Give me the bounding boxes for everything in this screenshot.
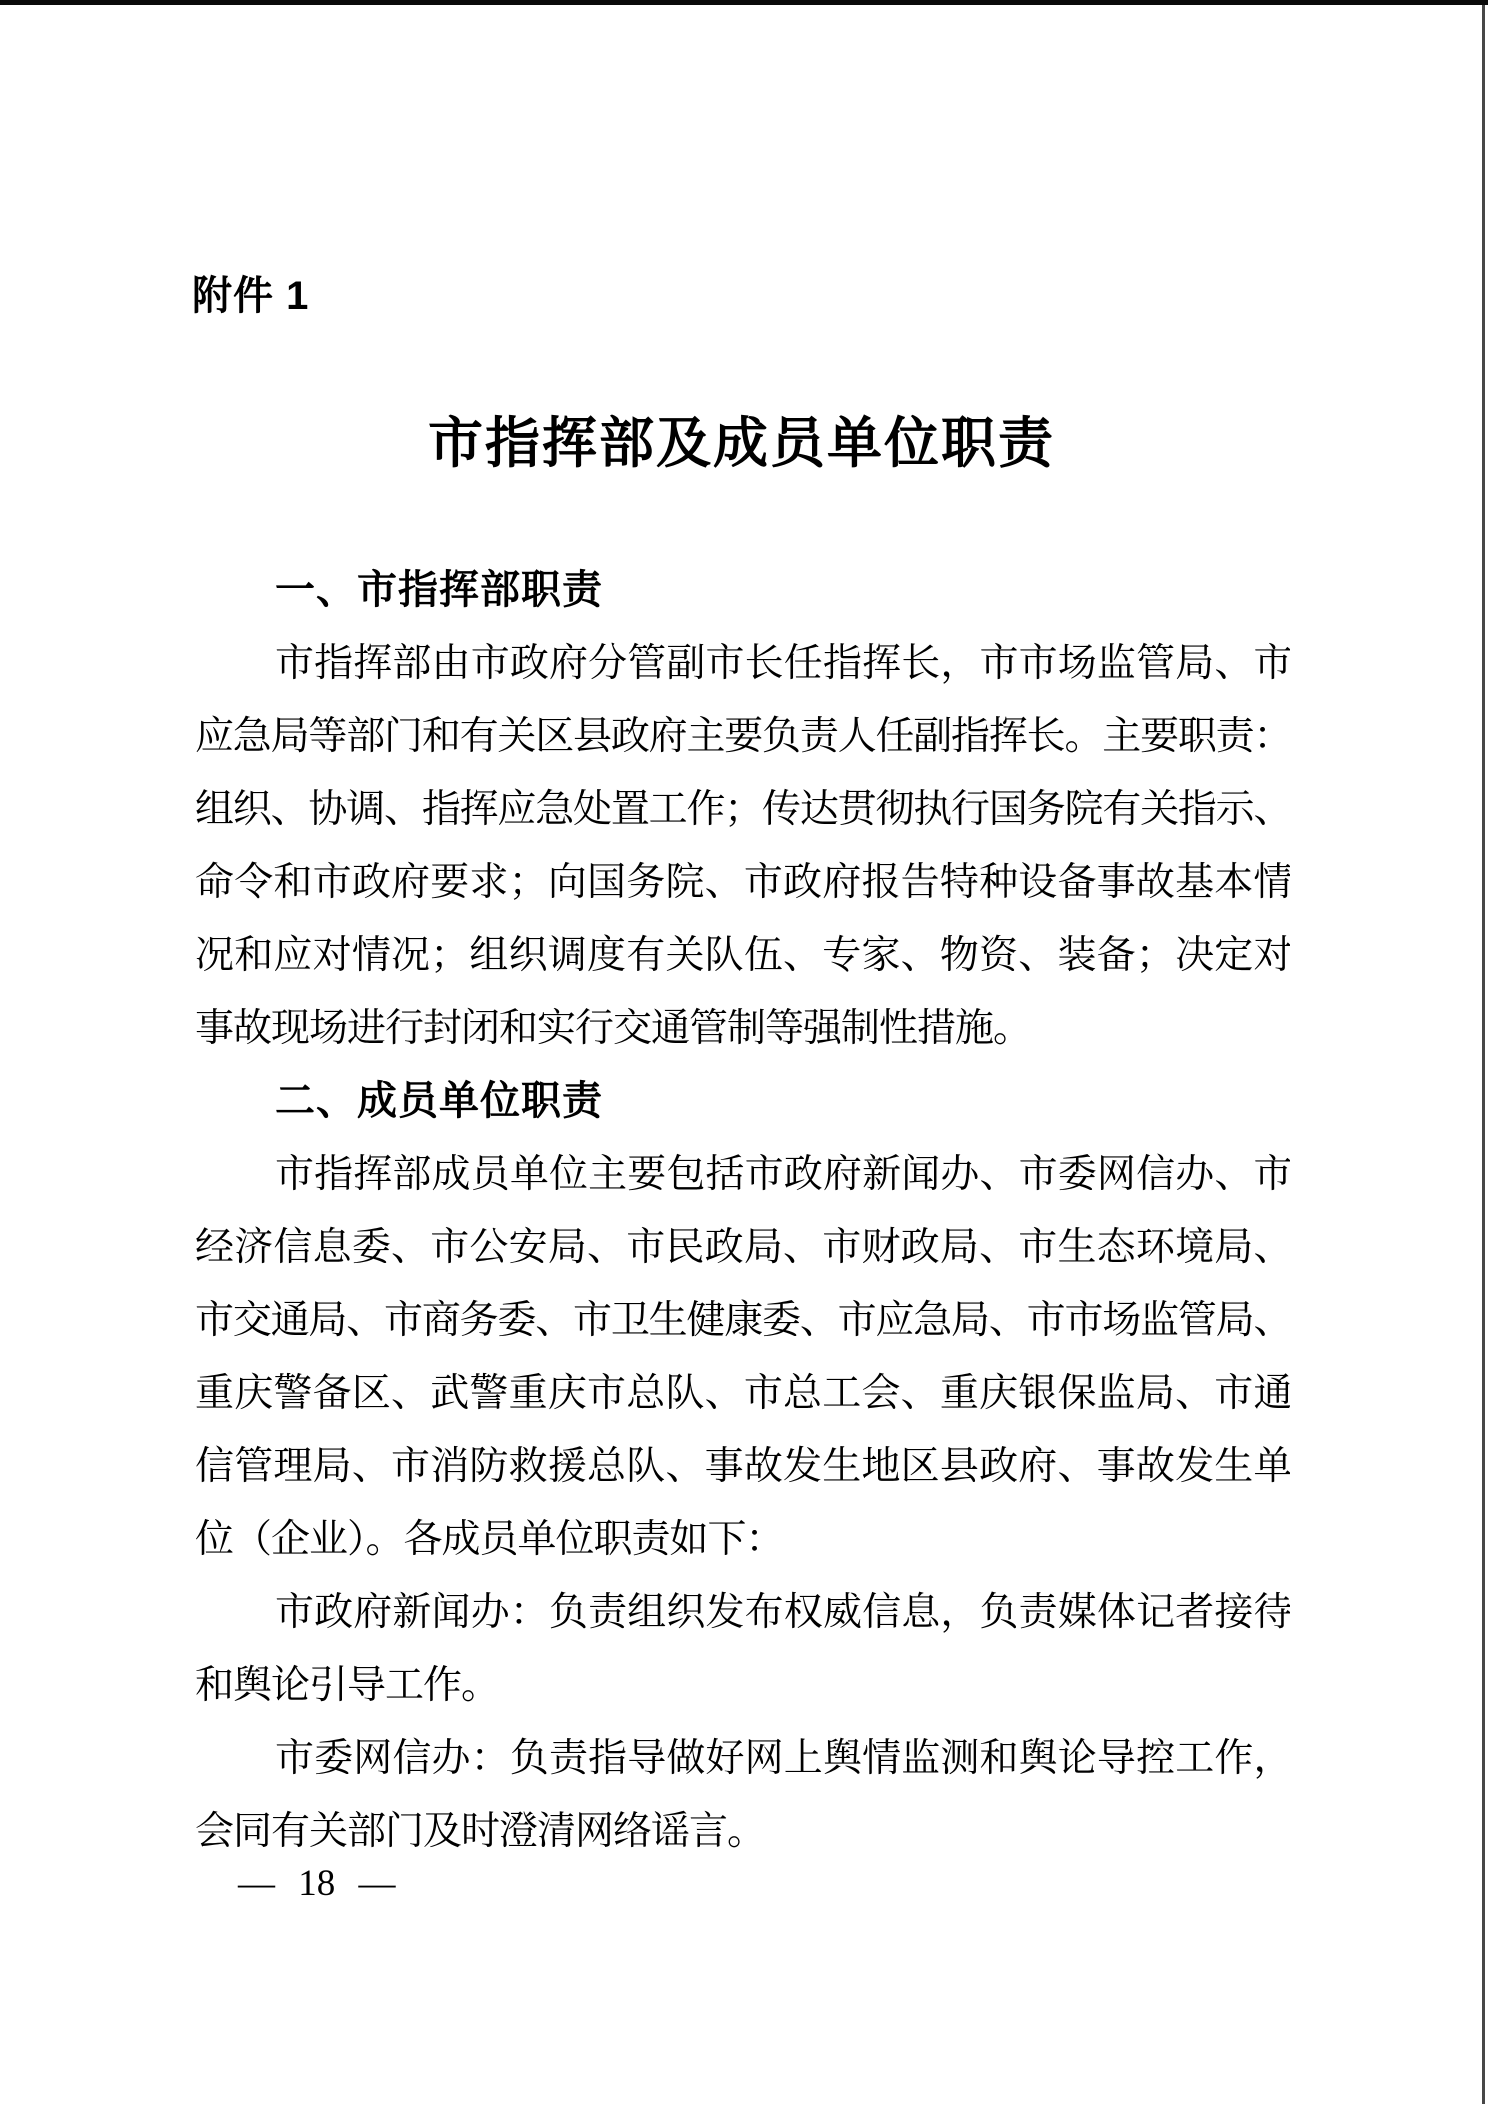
body-text-line: 位（企业）。各成员单位职责如下： bbox=[195, 1503, 1290, 1576]
body-text-line: 事故现场进行封闭和实行交通管制等强制性措施。 bbox=[195, 992, 1290, 1065]
body-text-line: 命令和市政府要求；向国务院、市政府报告特种设备事故基本情 bbox=[195, 846, 1290, 919]
body-text-line: 组织、协调、指挥应急处置工作；传达贯彻执行国务院有关指示、 bbox=[195, 773, 1290, 846]
body-text-line: 和舆论引导工作。 bbox=[195, 1649, 1290, 1722]
body-text-line: 经济信息委、市公安局、市民政局、市财政局、市生态环境局、 bbox=[195, 1211, 1290, 1284]
body-text-line: 会同有关部门及时澄清网络谣言。 bbox=[195, 1795, 1290, 1868]
body-text-line: 况和应对情况；组织调度有关队伍、专家、物资、装备；决定对 bbox=[195, 919, 1290, 992]
section-heading: 二、成员单位职责 bbox=[195, 1065, 1290, 1138]
document-page: 附件 1 市指挥部及成员单位职责 一、市指挥部职责市指挥部由市政府分管副市长任指… bbox=[0, 0, 1488, 2104]
document-body: 一、市指挥部职责市指挥部由市政府分管副市长任指挥长，市市场监管局、市应急局等部门… bbox=[195, 554, 1290, 1868]
section-heading: 一、市指挥部职责 bbox=[195, 554, 1290, 627]
attachment-label: 附件 1 bbox=[192, 272, 309, 320]
body-text-line: 重庆警备区、武警重庆市总队、市总工会、重庆银保监局、市通 bbox=[195, 1357, 1290, 1430]
body-text-line: 市委网信办：负责指导做好网上舆情监测和舆论导控工作， bbox=[195, 1722, 1290, 1795]
page-number: — 18 — bbox=[238, 1862, 396, 1906]
body-text-line: 市指挥部成员单位主要包括市政府新闻办、市委网信办、市 bbox=[195, 1138, 1290, 1211]
body-text-line: 应急局等部门和有关区县政府主要负责人任副指挥长。主要职责： bbox=[195, 700, 1290, 773]
body-text-line: 市指挥部由市政府分管副市长任指挥长，市市场监管局、市 bbox=[195, 627, 1290, 700]
body-text-line: 信管理局、市消防救援总队、事故发生地区县政府、事故发生单 bbox=[195, 1430, 1290, 1503]
page-right-edge-line bbox=[1482, 5, 1485, 2104]
body-text-line: 市交通局、市商务委、市卫生健康委、市应急局、市市场监管局、 bbox=[195, 1284, 1290, 1357]
page-top-edge-line bbox=[0, 0, 1488, 5]
document-title: 市指挥部及成员单位职责 bbox=[194, 408, 1289, 480]
body-text-line: 市政府新闻办：负责组织发布权威信息，负责媒体记者接待 bbox=[195, 1576, 1290, 1649]
